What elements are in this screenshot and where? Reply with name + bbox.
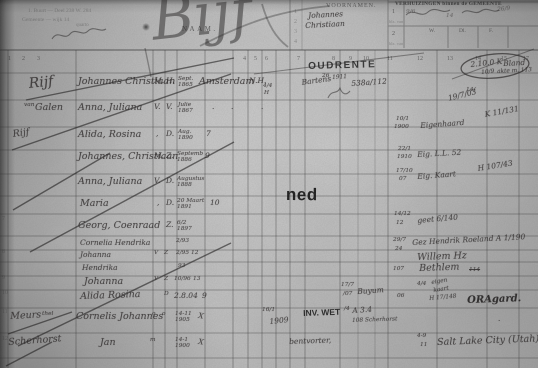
sex: V.: [154, 102, 161, 111]
register-entry: .: [261, 102, 263, 111]
column-number: 2: [22, 56, 25, 62]
oudrente-note: Bartens: [301, 74, 332, 87]
annotation: bentvorter,: [289, 336, 331, 346]
voornamen-entry: Christiaan: [305, 19, 345, 30]
annotation: 1910: [397, 154, 412, 160]
annotation: 107: [393, 266, 404, 272]
annotation: Eig. L.L. 52: [417, 148, 462, 159]
annotation: H 17/148: [429, 294, 457, 302]
column-number: 12: [417, 56, 423, 62]
register-entry: Z: [164, 250, 168, 256]
register-entry: Z: [164, 276, 168, 282]
relation: D.: [166, 198, 174, 207]
annotation: 10/1: [396, 116, 409, 122]
handwritten-entries-layer: 12345678910111213141517RijfJohannes Chri…: [0, 0, 538, 368]
first-names: Johanna: [84, 276, 123, 287]
annotation: 11: [420, 342, 427, 348]
surname: Rijf: [28, 73, 54, 91]
register-entry: V: [154, 276, 158, 282]
register-scan: NAAM. VOORNAMEN. VERHUIZINGEN binnen de …: [0, 0, 538, 368]
first-names: Cornelis Johannes: [76, 311, 163, 322]
first-names: Jan: [100, 337, 116, 348]
column-number: 10: [363, 56, 369, 62]
annotation: A 3.4: [352, 305, 372, 315]
column-number: 8: [332, 56, 335, 62]
register-entry: V: [154, 250, 158, 256]
annotation: Eig. Kaart: [417, 169, 456, 181]
circled-amount: 2.10.0 K: [470, 57, 503, 69]
column-number: 11: [387, 56, 393, 62]
oudrente-amount: 538a/112: [351, 77, 387, 88]
column-number: 6: [265, 56, 268, 62]
annotation: Bethlem: [419, 262, 460, 274]
birthdate: 14-11 1905: [175, 311, 192, 323]
birthdate: Aug. 1890: [178, 129, 193, 141]
annotation: H 107/43: [477, 158, 513, 172]
birthdate: Augustus 1888: [177, 176, 204, 188]
register-entry: 9: [205, 151, 210, 160]
birthplace: Amsterdam: [199, 76, 254, 87]
annotation: /07: [343, 291, 352, 297]
annotation: ORAgard.: [467, 293, 521, 306]
annotation: Buyum: [357, 285, 384, 296]
annotation: 19/7/03: [447, 87, 477, 103]
annotation: eigen: [431, 277, 448, 285]
surname: Rijf: [12, 127, 30, 140]
first-names: Anna, Juliana: [78, 176, 142, 187]
register-entry: thel: [42, 311, 53, 317]
register-entry: o: [162, 311, 166, 317]
voornamen-line-number: 4: [294, 39, 297, 45]
row-number: 7: [2, 216, 5, 222]
first-names: Anna, Juliana: [78, 102, 142, 113]
first-names: Alida Rosina: [80, 289, 141, 302]
annotation: 1909: [269, 315, 289, 326]
row-number: 9: [2, 275, 5, 281]
first-names: Johanna: [80, 250, 111, 259]
emigration-note: Salt Lake City (Utah): [437, 333, 538, 348]
annotation: 12: [396, 220, 403, 226]
register-entry: 9: [202, 291, 207, 300]
column-number: 7: [297, 56, 300, 62]
column-number: 5: [254, 56, 257, 62]
annotation: K 11/131: [484, 104, 519, 119]
relation: Z.: [166, 151, 173, 160]
register-entry: X: [198, 311, 205, 321]
surname: Meurs: [10, 309, 41, 322]
annotation: 14: [446, 13, 453, 19]
annotation: Bland: [503, 58, 525, 68]
annotation: 1911: [332, 74, 347, 81]
annotation: 07: [399, 176, 406, 182]
birthdate: Sept. 1865: [178, 76, 193, 88]
register-entry: ,: [156, 129, 158, 138]
annotation: 06: [397, 293, 404, 299]
row-number: 11: [2, 309, 8, 315]
row-number: 8: [2, 249, 5, 255]
annotation: 9/6: [406, 9, 415, 15]
row-number: 10: [2, 290, 8, 296]
akte-note: akte m. 113: [497, 67, 532, 75]
birthdate: 14-1 1900: [175, 337, 190, 349]
register-entry: m: [150, 337, 156, 343]
column-number: 4: [243, 56, 246, 62]
birthdate: 2.8.04: [174, 291, 198, 300]
surname-prefix: van: [24, 102, 34, 108]
annotation: 17/10: [396, 168, 413, 174]
birthdate: 2/95: [176, 250, 189, 256]
annotation: 1900: [394, 124, 409, 130]
register-entry: ,: [157, 198, 159, 207]
voornamen-line-number: 1: [294, 9, 297, 15]
relation: D.: [166, 176, 174, 185]
register-entry: .: [212, 102, 214, 111]
annotation: 17/7: [341, 282, 354, 288]
annotation: 29/7: [393, 237, 406, 243]
first-names: Maria: [80, 198, 109, 209]
surname: Galen: [35, 102, 63, 113]
annotation: geet 6/140: [417, 212, 458, 225]
row-number: 12: [2, 336, 8, 342]
register-entry: X: [198, 337, 205, 347]
first-names: Hendrika: [82, 263, 118, 272]
first-names: Cornelia Hendrika: [80, 238, 150, 247]
birthdate: 2/93: [176, 238, 189, 244]
annotation: 14/12: [394, 211, 411, 217]
register-entry: .: [231, 102, 233, 111]
first-names: Alida, Rosina: [78, 129, 141, 140]
voornamen-line-number: 3: [294, 29, 297, 35]
birthdate: 10/96: [174, 276, 191, 282]
register-entry: 13: [193, 276, 200, 282]
annotation: Eigenhaard: [420, 118, 465, 130]
annotation: 24: [395, 246, 402, 252]
annotation: /4: [344, 306, 350, 312]
sex: M.: [154, 151, 164, 160]
relation: Z.: [166, 220, 173, 229]
annotation: Gez Hendrik Roeland A 1/190: [412, 232, 526, 247]
annotation: 16/1: [262, 307, 275, 313]
register-entry: H: [264, 90, 269, 96]
relation: V.: [166, 102, 173, 111]
annotation: 26/9: [497, 6, 511, 13]
register-entry: D: [164, 291, 169, 297]
birthdate: 93: [178, 263, 185, 269]
register-entry: 4/4: [263, 83, 272, 89]
column-number: 9: [349, 56, 352, 62]
birthdate: 20 Maart 1891: [177, 198, 204, 210]
annotation: .: [498, 314, 500, 323]
register-entry: o: [152, 311, 156, 317]
register-entry: 12: [191, 250, 198, 256]
column-number: 13: [447, 56, 453, 62]
surname: Scherhorst: [8, 333, 62, 348]
voornamen-line-number: 2: [294, 19, 297, 25]
first-names: Georg, Coenraad: [78, 220, 160, 231]
sex: V.: [154, 176, 161, 185]
annotation: Willem Hz: [417, 250, 467, 263]
register-entry: 10: [210, 198, 220, 207]
column-number: 1: [8, 56, 11, 62]
birthdate: Julie 1867: [178, 102, 193, 114]
relation: H.: [166, 76, 175, 85]
annotation: 4-9: [417, 333, 426, 339]
sex: M.: [154, 76, 164, 85]
birthdate: Septemb 1886: [177, 151, 203, 163]
annotation: 4/4: [417, 281, 426, 287]
annotation: 22/1: [398, 146, 411, 152]
annotation: 114: [469, 267, 480, 273]
annotation: 108 Scherhorst: [352, 316, 398, 324]
birthdate: 6/2 1897: [177, 220, 192, 232]
register-entry: 7: [206, 129, 211, 138]
annotation: 10/9: [481, 69, 495, 76]
annotation: kaart: [433, 286, 449, 294]
column-number: 3: [37, 56, 40, 62]
relation: D.: [166, 129, 174, 138]
